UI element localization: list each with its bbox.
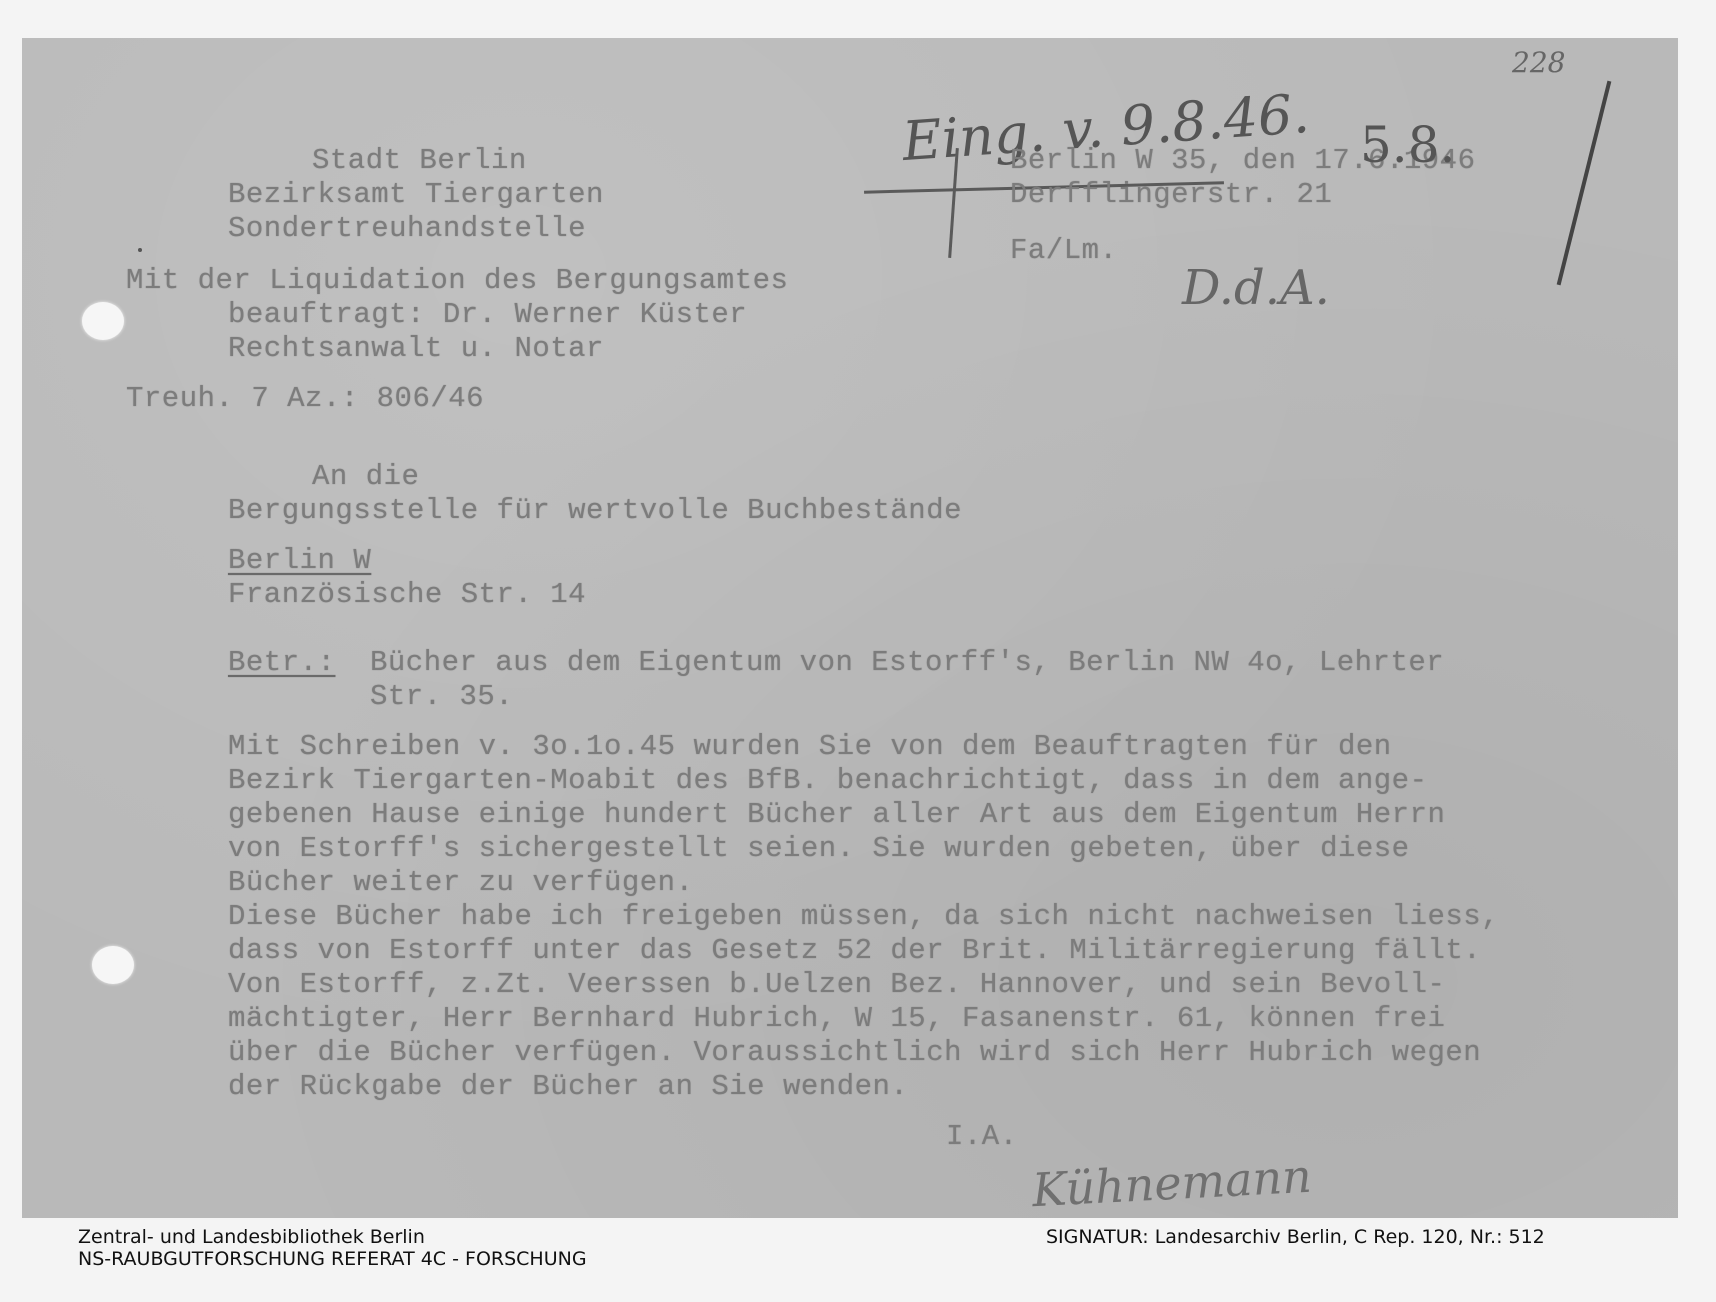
closing: I.A. <box>946 1120 1018 1153</box>
body-line: Bezirk Tiergarten-Moabit des BfB. benach… <box>228 764 1428 797</box>
scanned-letter: Eing. v. 9.8.46. 228 D.d.A. Stadt Berlin… <box>22 38 1678 1218</box>
body-line: Mit Schreiben v. 3o.1o.45 wurden Sie von… <box>228 730 1392 763</box>
recipient-street: Französische Str. 14 <box>228 578 586 611</box>
footer-department: NS-RAUBGUTFORSCHUNG REFERAT 4C - FORSCHU… <box>78 1248 587 1270</box>
handwritten-corner-mark <box>1557 81 1612 286</box>
body-line: mächtigter, Herr Bernhard Hubrich, W 15,… <box>228 1002 1445 1035</box>
body-line: Von Estorff, z.Zt. Veerssen b.Uelzen Bez… <box>228 968 1445 1001</box>
body-line: der Rückgabe der Bücher an Sie wenden. <box>228 1070 908 1103</box>
letterhead-line-3: Sondertreuhandstelle <box>228 212 586 245</box>
body-line: Diese Bücher habe ich freigeben müssen, … <box>228 900 1499 933</box>
recipient-salutation: An die <box>312 460 419 493</box>
subject-line-2: Str. 35. <box>370 680 513 713</box>
punch-hole-top <box>82 302 124 340</box>
letterhead-line-1: Stadt Berlin <box>312 144 527 177</box>
liquidation-line-3: Rechtsanwalt u. Notar <box>228 332 604 365</box>
body-line: gebenen Hause einige hundert Bücher alle… <box>228 798 1445 831</box>
body-line: über die Bücher verfügen. Voraussichtlic… <box>228 1036 1481 1069</box>
punch-hole-bottom <box>92 946 134 984</box>
sender-street: Derfflingerstr. 21 <box>1010 178 1332 211</box>
body-line: von Estorff's sichergestellt seien. Sie … <box>228 832 1410 865</box>
body-line: Bücher weiter zu verfügen. <box>228 866 693 899</box>
subject-line-1: Bücher aus dem Eigentum von Estorff's, B… <box>370 646 1444 679</box>
handwritten-date-correction: 5.8. <box>1360 116 1455 174</box>
recipient-city: Berlin W <box>228 544 371 577</box>
letterhead-line-2: Bezirksamt Tiergarten <box>228 178 604 211</box>
liquidation-line-1: Mit der Liquidation des Bergungsamtes <box>126 264 788 297</box>
ink-speck <box>138 248 142 252</box>
subject-label: Betr.: <box>228 646 335 679</box>
handwritten-page-number: 228 <box>1512 46 1565 79</box>
liquidation-line-2: beauftragt: Dr. Werner Küster <box>228 298 747 331</box>
footer-signatur: SIGNATUR: Landesarchiv Berlin, C Rep. 12… <box>1046 1226 1545 1248</box>
body-line: dass von Estorff unter das Gesetz 52 der… <box>228 934 1481 967</box>
footer-institution: Zentral- und Landesbibliothek Berlin <box>78 1226 425 1248</box>
recipient-name: Bergungsstelle für wertvolle Buchbeständ… <box>228 494 962 527</box>
handwritten-initials: D.d.A. <box>1182 260 1330 316</box>
reference-number: Treuh. 7 Az.: 806/46 <box>126 382 484 415</box>
typist-initials: Fa/Lm. <box>1010 234 1117 267</box>
handwritten-signature: Kühnemann <box>1031 1149 1313 1218</box>
